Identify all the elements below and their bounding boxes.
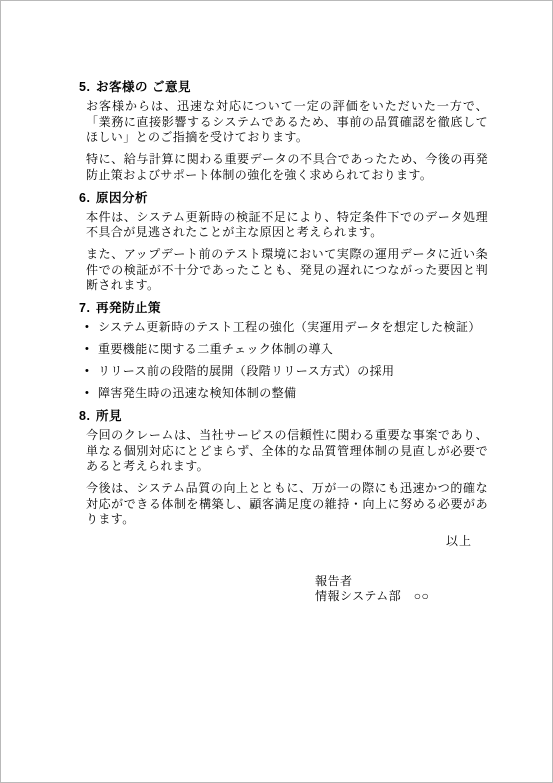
reporter-department: 情報システム部 ○○: [315, 589, 488, 605]
section-number: 8.: [79, 408, 96, 424]
bullet-icon: •: [85, 320, 89, 336]
countermeasure-list: •システム更新時のテスト工程の強化（実運用データを想定した検証） •重要機能に関…: [79, 320, 488, 402]
section-number: 6.: [79, 190, 96, 206]
section-title: お客様の ご意見: [96, 80, 191, 94]
section-number: 7.: [79, 300, 96, 316]
section-heading: 8.所見: [79, 408, 488, 424]
paragraph: 本件は、システム更新時の検証不足により、特定条件下でのデータ処理不具合が見逃され…: [86, 210, 488, 241]
section-prevention-measures: 7.再発防止策 •システム更新時のテスト工程の強化（実運用データを想定した検証）…: [79, 300, 488, 402]
section-title: 再発防止策: [96, 301, 161, 315]
section-number: 5.: [79, 79, 96, 95]
list-item: •リリース前の段階的展開（段階リリース方式）の採用: [79, 364, 488, 380]
section-heading: 5.お客様の ご意見: [79, 79, 488, 95]
reporter-label: 報告者: [315, 574, 488, 590]
paragraph: また、アップデート前のテスト環境において実際の運用データに近い条件での検証が不十…: [86, 247, 488, 294]
bullet-icon: •: [85, 364, 89, 380]
list-item: •システム更新時のテスト工程の強化（実運用データを想定した検証）: [79, 320, 488, 336]
paragraph: 特に、給与計算に関わる重要データの不具合であったため、今後の再発防止策およびサポ…: [86, 152, 488, 183]
list-item-text: リリース前の段階的展開（段階リリース方式）の採用: [98, 364, 394, 378]
section-cause-analysis: 6.原因分析 本件は、システム更新時の検証不足により、特定条件下でのデータ処理不…: [79, 190, 488, 294]
section-title: 所見: [96, 409, 122, 423]
bullet-icon: •: [85, 386, 89, 402]
document-page: 5.お客様の ご意見 お客様からは、迅速な対応について一定の評価をいただいた一方…: [0, 0, 553, 783]
paragraph: 今後は、システム品質の向上とともに、万が一の際にも迅速かつ的確な対応ができる体制…: [86, 481, 488, 528]
bullet-icon: •: [85, 342, 89, 358]
section-customer-feedback: 5.お客様の ご意見 お客様からは、迅速な対応について一定の評価をいただいた一方…: [79, 79, 488, 183]
list-item: •障害発生時の迅速な検知体制の整備: [79, 386, 488, 402]
list-item-text: 重要機能に関する二重チェック体制の導入: [98, 342, 333, 356]
list-item-text: システム更新時のテスト工程の強化（実運用データを想定した検証）: [98, 320, 481, 334]
section-heading: 7.再発防止策: [79, 300, 488, 316]
section-heading: 6.原因分析: [79, 190, 488, 206]
paragraph: 今回のクレームは、当社サービスの信頼性に関わる重要な事案であり、単なる個別対応に…: [86, 428, 488, 475]
section-title: 原因分析: [96, 191, 148, 205]
section-observations: 8.所見 今回のクレームは、当社サービスの信頼性に関わる重要な事案であり、単なる…: [79, 408, 488, 528]
list-item: •重要機能に関する二重チェック体制の導入: [79, 342, 488, 358]
closing-mark: 以上: [79, 534, 472, 550]
signature-block: 報告者 情報システム部 ○○: [315, 574, 488, 605]
list-item-text: 障害発生時の迅速な検知体制の整備: [98, 386, 296, 400]
paragraph: お客様からは、迅速な対応について一定の評価をいただいた一方で、「業務に直接影響す…: [86, 99, 488, 146]
